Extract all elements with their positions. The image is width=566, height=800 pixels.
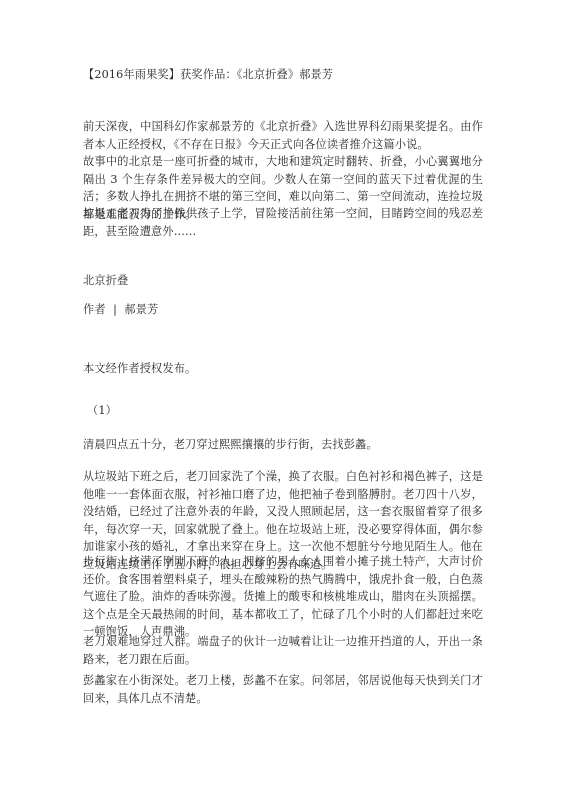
document-title: 【2016年雨果奖】获奖作品：《北京折叠》郝景芳	[83, 66, 483, 84]
story-paragraph-1: 清晨四点五十分，老刀穿过熙熙攘攘的步行街，去找彭蠡。	[83, 436, 483, 454]
story-paragraph-5: 彭蠡家在小街深处。老刀上楼，彭蠡不在家。问邻居，邻居说他每天快到关门才回来，具体…	[83, 672, 483, 707]
author-line: 作者 | 郝景芳	[83, 301, 483, 319]
chapter-marker: （1）	[87, 402, 487, 420]
authorization-note: 本文经作者授权发布。	[83, 360, 483, 378]
story-paragraph-3: 步行街上挤满了刚刚下班的人。拥挤的男人女人围着小摊子挑土特产，大声讨价还价。食客…	[83, 553, 483, 641]
story-title: 北京折叠	[83, 272, 483, 290]
intro-paragraph-1: 前天深夜，中国科幻作家郝景芳的《北京折叠》入选世界科幻雨果奖提名。由作者本人正经…	[83, 118, 483, 153]
story-paragraph-4: 老刀艰难地穿过人群。端盘子的伙计一边喊着让让一边推开挡道的人，开出一条路来，老刀…	[83, 633, 483, 668]
teaser-paragraph: 垃圾工老刀为了挣钱供孩子上学，冒险接活前往第一空间，目睹跨空间的残忍差距，甚至险…	[83, 205, 483, 240]
